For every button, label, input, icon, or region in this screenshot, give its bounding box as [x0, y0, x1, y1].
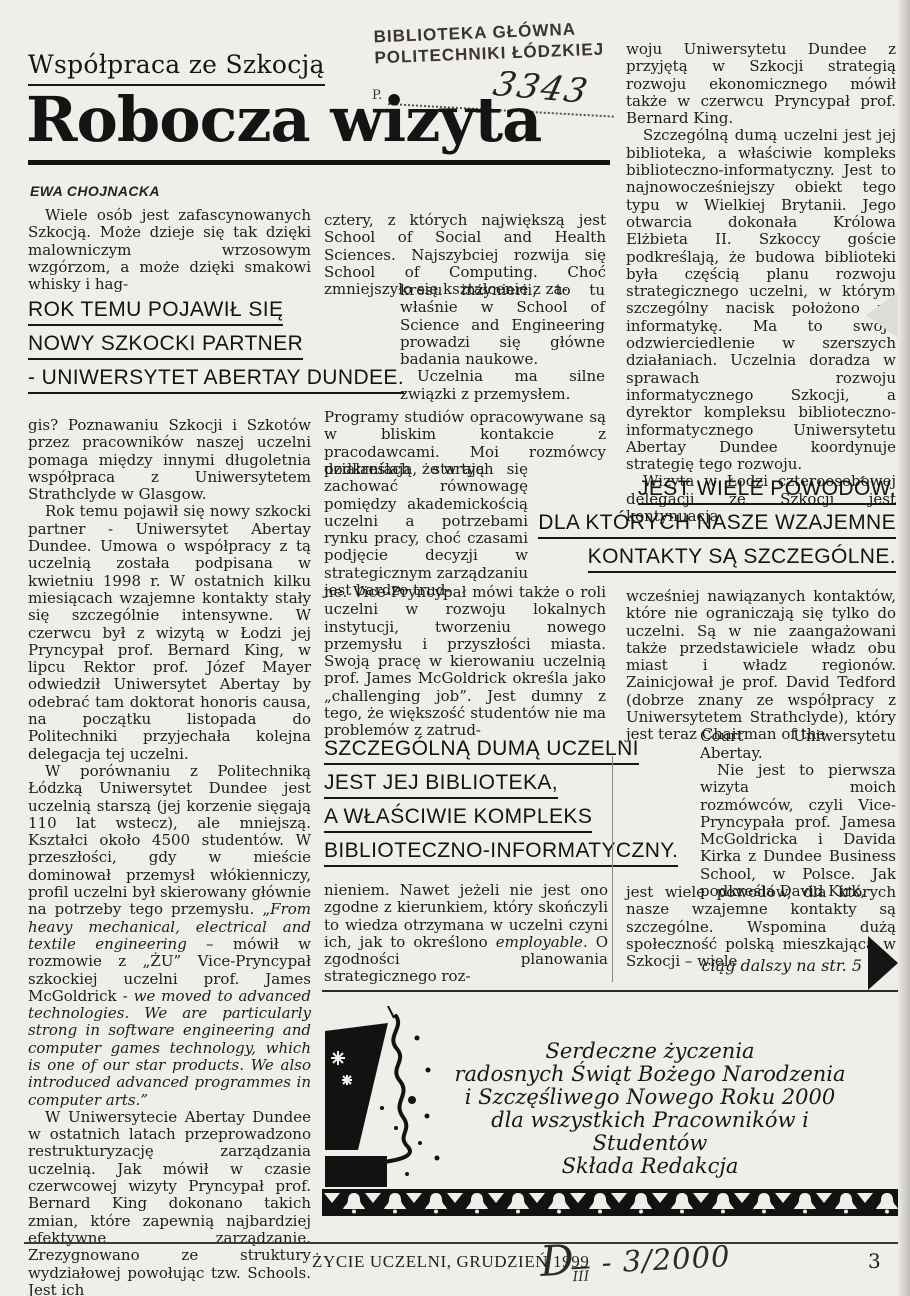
- paragraph: wcześniej nawiązanych kontaktów, które n…: [626, 588, 896, 744]
- headline-line: NOWY SZKOCKI PARTNER: [28, 332, 303, 360]
- paragraph-with-quotes: W porównaniu z Politechniką Łódzką Uniwe…: [28, 763, 311, 1109]
- headline-line: DLA KTÓRYCH NASZE WZAJEMNE: [538, 511, 896, 539]
- left-arrow-faint-icon: [866, 292, 898, 338]
- paragraph: gis? Poznawaniu Szkocji i Szkotów przez …: [28, 417, 311, 503]
- bells-border-icon: [322, 1189, 898, 1216]
- text-segment: Uniwersytetu: [793, 728, 896, 745]
- wish-line: dla wszystkich Pracowników i Studentów: [445, 1109, 855, 1155]
- continuation-note: ciąg dalszy na str. 5: [626, 956, 862, 975]
- wish-line: Serdeczne życzenia: [445, 1040, 855, 1063]
- page-number: 3: [868, 1249, 881, 1273]
- christmas-tree-icon: [320, 1006, 462, 1192]
- text-segment: W porównaniu z Politechniką Łódzką Uniwe…: [28, 762, 311, 918]
- title-rule: [28, 160, 610, 165]
- hand-number: - 3/2000: [601, 1239, 732, 1280]
- article-title: Robocza wizyta: [26, 86, 541, 154]
- hand-letter: D: [539, 1235, 575, 1286]
- headline-line: SZCZEGÓLNĄ DUMĄ UCZELNI: [324, 737, 639, 765]
- term-italic: employable: [496, 933, 583, 951]
- library-stamp: BIBLIOTEKA GŁÓWNA POLITECHNIKI ŁÓDZKIEJ: [373, 18, 604, 69]
- paragraph: nieniem. Nawet jeżeli nie jest ono zgodn…: [324, 882, 608, 986]
- col1-body: gis? Poznawaniu Szkocji i Szkotów przez …: [28, 417, 311, 1296]
- col1-paragraph-lead: Wiele osób jest zafascynowanych Szkocją.…: [28, 207, 311, 293]
- paragraph: Szczególną dumą uczelni jest jej bibliot…: [626, 127, 896, 473]
- paragraph: Wiele osób jest zafascynowanych Szkocją.…: [28, 207, 311, 293]
- col3-paragraph: wcześniej nawiązanych kontaktów, które n…: [626, 588, 896, 744]
- paragraph: Rok temu pojawił się nowy szkocki partne…: [28, 503, 311, 762]
- text-segment: Abertay.: [700, 745, 896, 762]
- headline-line: JEST JEJ BIBLIOTEKA,: [324, 771, 558, 799]
- justified-line: Court Uniwersytetu: [700, 728, 896, 745]
- col3-narrow-block: Nie jest to pierwsza wizyta moich rozmów…: [700, 762, 896, 900]
- paragraph: kresu inżynierii, to tu właśnie w School…: [400, 282, 605, 368]
- paragraph: Uczelnia ma silne związki z przemysłem.: [400, 368, 605, 403]
- paragraph: woju Uniwersytetu Dundee z przyjętą w Sz…: [626, 41, 896, 127]
- handwritten-catalog-mark: DIII- 3/2000: [539, 1227, 732, 1286]
- wish-line: radosnych Świąt Bożego Narodzenia: [445, 1063, 855, 1086]
- headline-line: ROK TEMU POJAWIŁ SIĘ: [28, 298, 283, 326]
- headline-rok-temu: ROK TEMU POJAWIŁ SIĘ NOWY SZKOCKI PARTNE…: [28, 298, 404, 400]
- col2-paragraph: nieniem. Nawet jeżeli nie jest ono zgodn…: [324, 882, 608, 986]
- col2-paragraph: ne. Vice-Pryncypał mówi także o roli ucz…: [324, 584, 606, 740]
- wish-line: i Szczęśliwego Nowego Roku 2000: [445, 1086, 855, 1109]
- column-divider: [612, 756, 613, 982]
- footer-rule: [24, 1242, 898, 1244]
- author-byline: EWA CHOJNACKA: [30, 183, 160, 199]
- right-arrow-icon: [868, 936, 898, 990]
- paragraph: Nie jest to pierwsza wizyta moich rozmów…: [700, 762, 896, 900]
- hand-numeral: III: [571, 1266, 591, 1285]
- paragraph: W Uniwersytecie Abertay Dundee w ostatni…: [28, 1109, 311, 1296]
- headline-line: BIBLIOTECZNO-INFORMATYCZNY.: [324, 839, 678, 867]
- holiday-wishes: Serdeczne życzenia radosnych Świąt Bożeg…: [445, 1040, 855, 1178]
- newspaper-page: Współpraca ze Szkocją BIBLIOTEKA GŁÓWNA …: [0, 0, 910, 1296]
- col3-body: woju Uniwersytetu Dundee z przyjętą w Sz…: [626, 41, 896, 525]
- text-segment: Court: [700, 728, 743, 745]
- quote-italic: we moved to advanced technologies. We ar…: [28, 987, 311, 1109]
- headline-line: KONTAKTY SĄ SZCZEGÓLNE.: [588, 545, 896, 573]
- wish-signature: Składa Redakcja: [445, 1155, 855, 1178]
- col2-wrapped-block: kresu inżynierii, to tu właśnie w School…: [400, 282, 605, 403]
- headline-biblioteka: SZCZEGÓLNĄ DUMĄ UCZELNI JEST JEJ BIBLIOT…: [324, 737, 678, 873]
- col3-court-lines: Court Uniwersytetu Abertay.: [700, 728, 896, 763]
- headline-line: A WŁAŚCIWIE KOMPLEKS: [324, 805, 592, 833]
- section-divider: [322, 990, 898, 992]
- section-rubric: Współpraca ze Szkocją: [28, 50, 325, 86]
- headline-line: JEST WIELE POWODÓW,: [638, 477, 896, 505]
- scan-edge-shadow: [897, 0, 910, 1296]
- headline-kontakty: JEST WIELE POWODÓW, DLA KTÓRYCH NASZE WZ…: [430, 477, 896, 579]
- headline-line: - UNIWERSYTET ABERTAY DUNDEE.: [28, 366, 404, 394]
- paragraph: ne. Vice-Pryncypał mówi także o roli ucz…: [324, 584, 606, 740]
